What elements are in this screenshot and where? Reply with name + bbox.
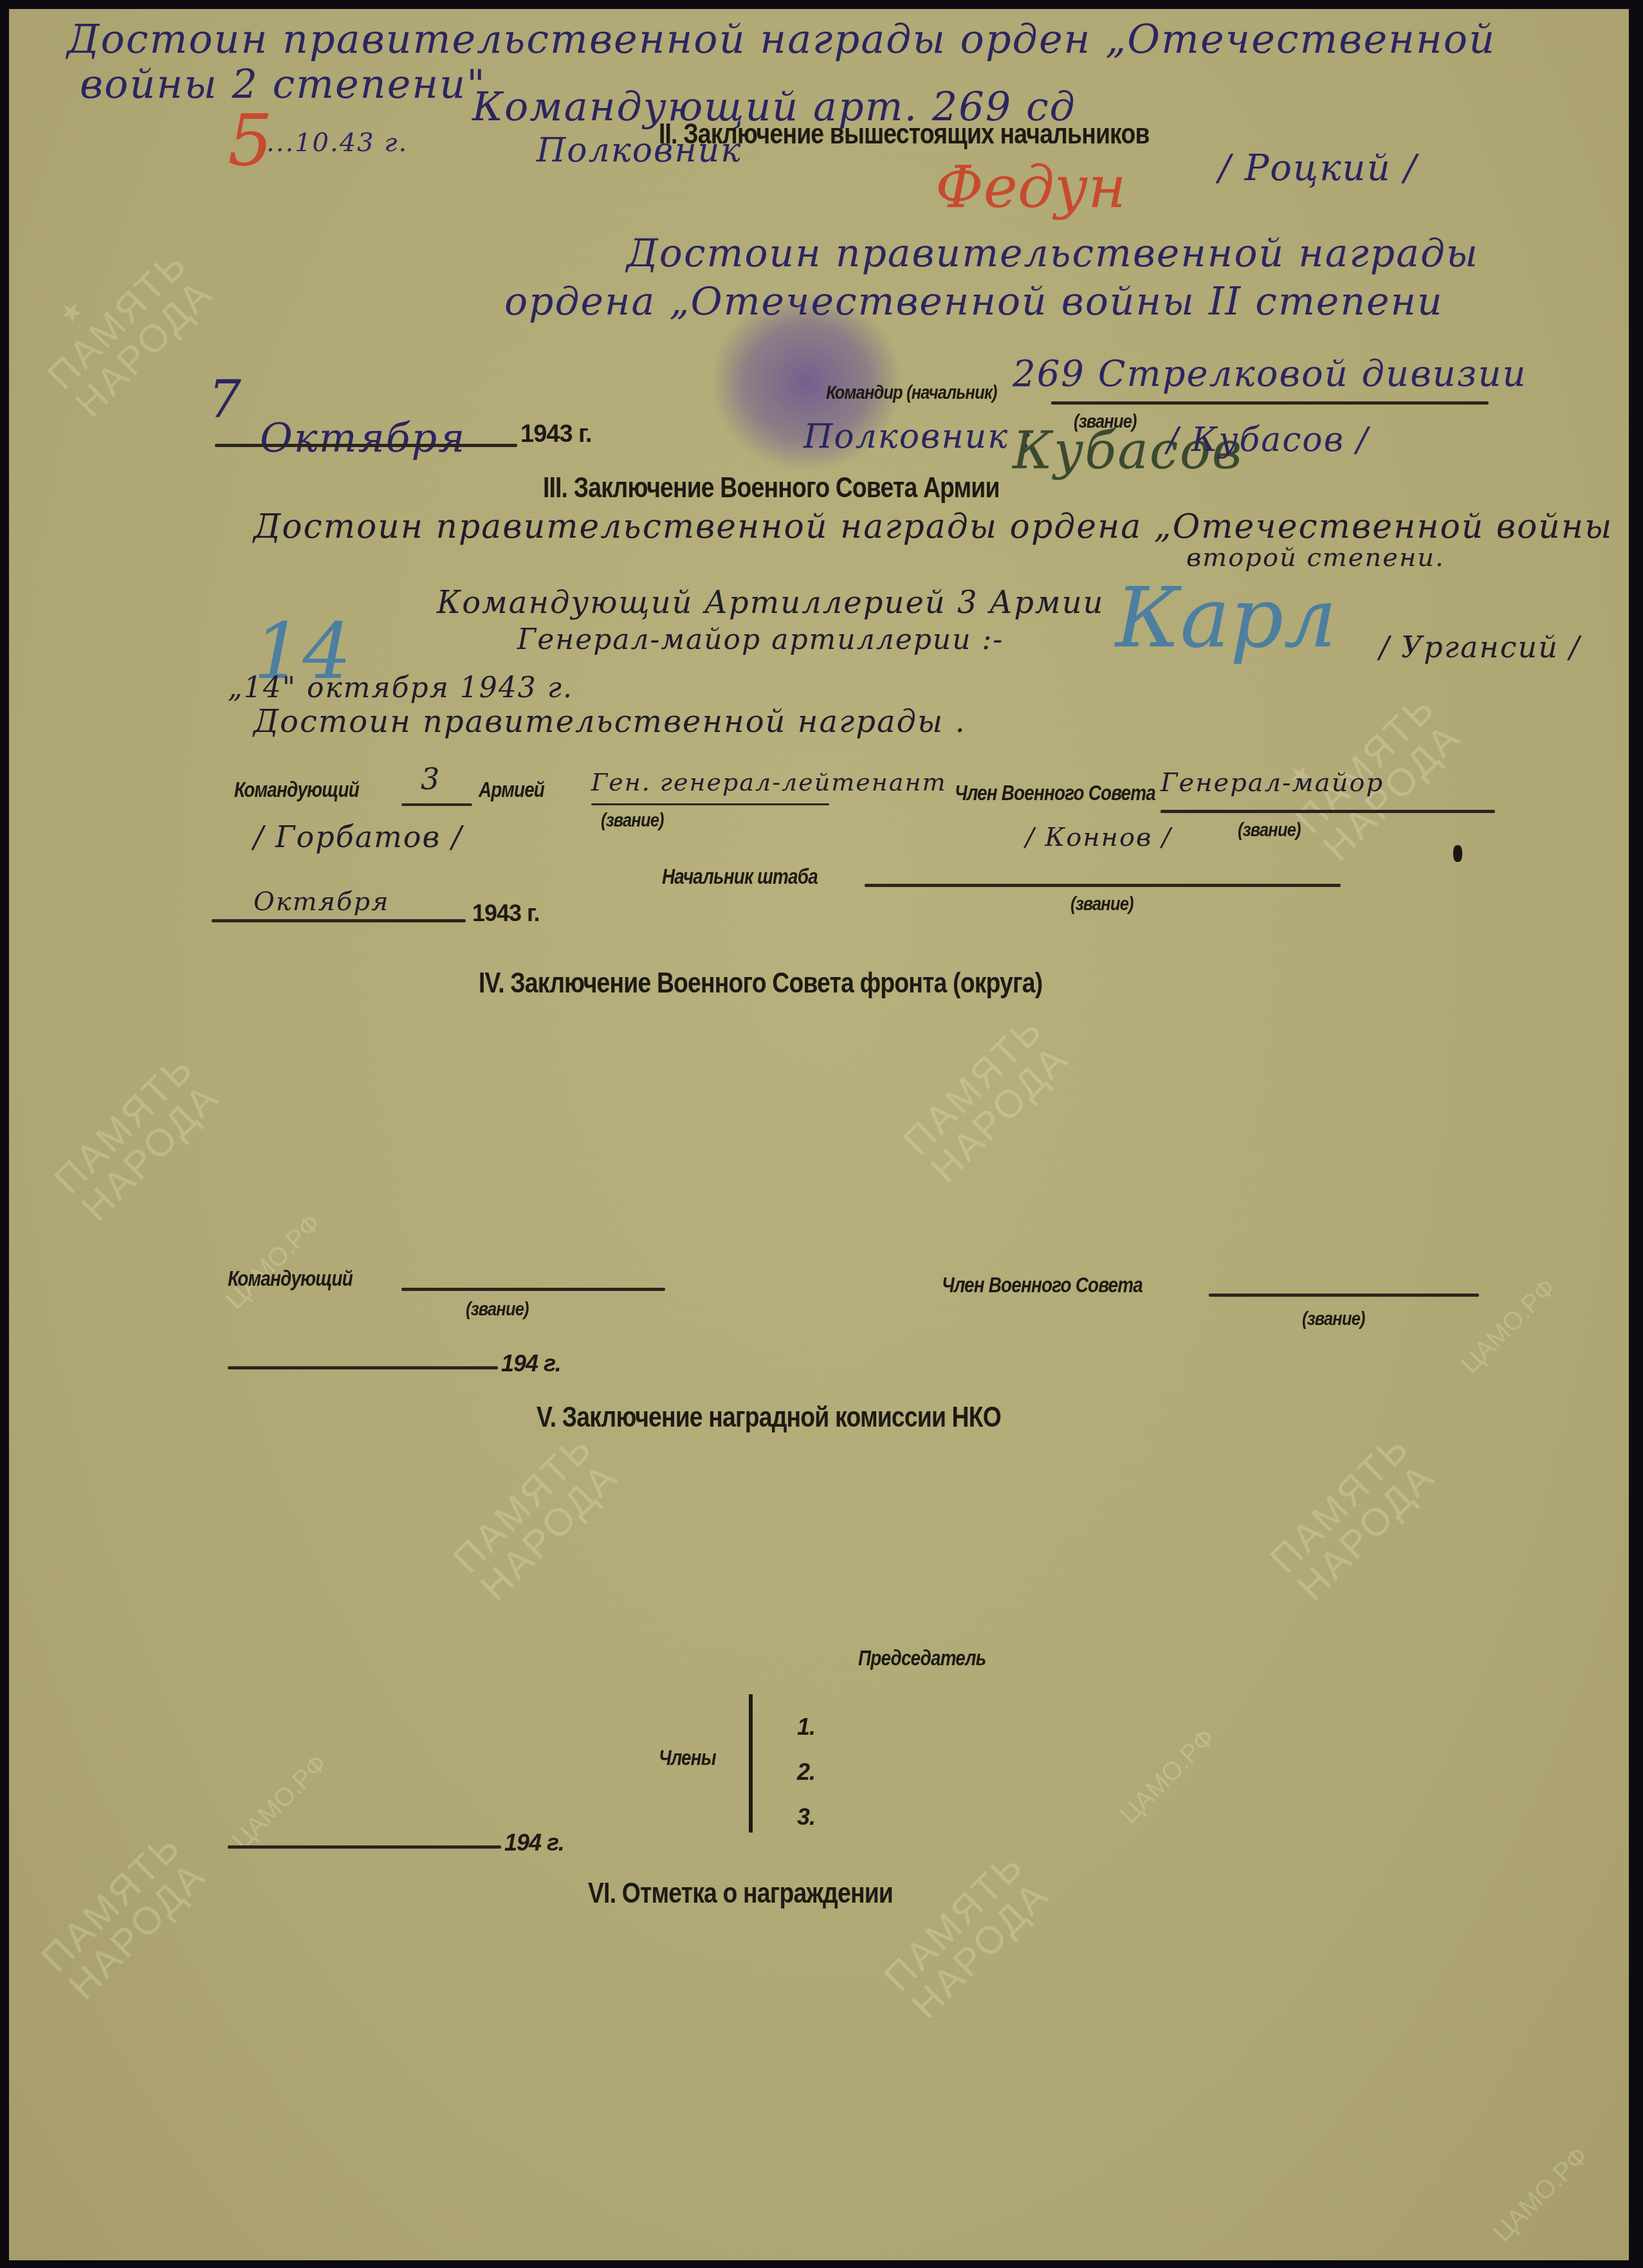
section3-army-label: Армией bbox=[479, 778, 544, 803]
section2-hand-line2: ордена „Отечественной войны II степени bbox=[504, 279, 1444, 324]
handwritten-recommendation-line1: Достоин правительственной награды орден … bbox=[67, 15, 1496, 62]
section4-date-year: 194 г. bbox=[501, 1350, 561, 1377]
section5-members-label: Члены bbox=[659, 1746, 716, 1771]
watermark-pamyat: ПАМЯТЬНАРОДА bbox=[897, 1009, 1077, 1189]
section3-army-number: 3 bbox=[421, 762, 441, 796]
section3-date-year: 1943 г. bbox=[472, 900, 539, 927]
watermark-archive: ЦАМО.РФ bbox=[1115, 1724, 1220, 1829]
section4-council-label: Член Военного Совета bbox=[942, 1273, 1143, 1298]
member-3: 3. bbox=[797, 1804, 815, 1831]
section2-commander-label: Командир (начальник) bbox=[826, 382, 997, 404]
watermark-pamyat: ПАМЯТЬНАРОДА bbox=[41, 243, 221, 423]
section3-commander-rank: Ген. генерал-лейтенант bbox=[591, 768, 947, 796]
watermark-archive: ЦАМО.РФ bbox=[228, 1750, 332, 1854]
section3-chief-label: Начальник штаба bbox=[662, 864, 818, 890]
section2-name-value: / Кубасов / bbox=[1167, 421, 1369, 459]
punch-mark bbox=[1453, 845, 1462, 862]
section3-council-rank-label: (звание) bbox=[1238, 819, 1301, 841]
section5-date-year: 194 г. bbox=[504, 1829, 564, 1856]
section2-date-year: 1943 г. bbox=[520, 421, 592, 448]
section3-chief-rank-label: (звание) bbox=[1070, 893, 1134, 915]
watermark-pamyat: ПАМЯТЬНАРОДА bbox=[35, 1825, 215, 2006]
section4-commander-rank-label: (звание) bbox=[466, 1299, 529, 1321]
section3-date-month: Октября bbox=[253, 887, 390, 917]
section3-heading: III. Заключение Военного Совета Армии bbox=[543, 472, 1000, 504]
section4-council-rank-label: (звание) bbox=[1302, 1308, 1365, 1330]
section3-council-rank: Генерал-майор bbox=[1161, 768, 1384, 798]
section6-heading: VI. Отметка о награждении bbox=[588, 1878, 893, 1910]
section2-rank-value: Полковник : bbox=[803, 417, 1033, 456]
watermark-archive: ЦАМО.РФ bbox=[1489, 2143, 1593, 2247]
section3-hand-line1: Достоин правительственной награды ордена… bbox=[253, 508, 1613, 546]
section2-hand-line1: Достоин правительственной награды bbox=[627, 231, 1479, 276]
section3-hand-signer-name: / Ургансий / bbox=[1379, 630, 1581, 664]
section3-hand-line2: Достоин правительственной награды . bbox=[253, 704, 966, 740]
watermark-pamyat: ПАМЯТЬНАРОДА bbox=[446, 1427, 627, 1607]
handwritten-recommendation-line2: войны 2 степени" bbox=[80, 60, 486, 107]
section2-date-day: 7 bbox=[208, 369, 243, 429]
member-2: 2. bbox=[797, 1759, 815, 1786]
section3-council-name: / Коннов / bbox=[1025, 823, 1171, 852]
section2-date-month: Октября bbox=[260, 414, 466, 461]
red-signature: Федун bbox=[935, 154, 1126, 221]
section3-hand-date: „14" октября 1943 г. bbox=[228, 672, 573, 704]
section3-commander-rank-label: (звание) bbox=[601, 810, 664, 832]
section3-commander-name: / Горбатов / bbox=[253, 819, 463, 854]
watermark-pamyat: ПАМЯТЬНАРОДА bbox=[1263, 1427, 1444, 1607]
members-bracket bbox=[749, 1694, 753, 1833]
section3-council-label: Член Военного Совета bbox=[955, 781, 1155, 806]
handwritten-signature-name: / Роцкий / bbox=[1218, 147, 1417, 189]
section3-blue-signature: Карл bbox=[1115, 569, 1337, 666]
section4-commander-label: Командующий bbox=[228, 1267, 353, 1292]
watermark-pamyat: ПАМЯТЬНАРОДА bbox=[877, 1845, 1058, 2025]
section3-hand-signer2: Генерал-майор артиллерии :- bbox=[517, 623, 1004, 656]
section5-chair-label: Председатель bbox=[858, 1646, 986, 1671]
section4-heading: IV. Заключение Военного Совета фронта (о… bbox=[479, 967, 1042, 1000]
section3-commander-label: Командующий bbox=[234, 778, 359, 803]
watermark-archive: ЦАМО.РФ bbox=[221, 1210, 326, 1314]
section3-hand-signer1: Командующий Артиллерией 3 Армии bbox=[437, 585, 1105, 621]
red-date: ...10.43 г. bbox=[266, 128, 408, 158]
member-1: 1. bbox=[797, 1714, 815, 1741]
watermark-pamyat: ПАМЯТЬНАРОДА bbox=[48, 1047, 228, 1227]
watermark-archive: ЦАМО.РФ bbox=[1456, 1274, 1561, 1378]
document-page: ★ ПАМЯТЬНАРОДА ★ ПАМЯТЬНАРОДА ПАМЯТЬНАРО… bbox=[9, 9, 1629, 2260]
section2-commander-value: 269 Стрелковой дивизии bbox=[1013, 353, 1527, 395]
section2-heading: II. Заключение вышестоящих начальников bbox=[659, 118, 1150, 151]
section5-heading: V. Заключение наградной комиссии НКО bbox=[537, 1402, 1001, 1434]
